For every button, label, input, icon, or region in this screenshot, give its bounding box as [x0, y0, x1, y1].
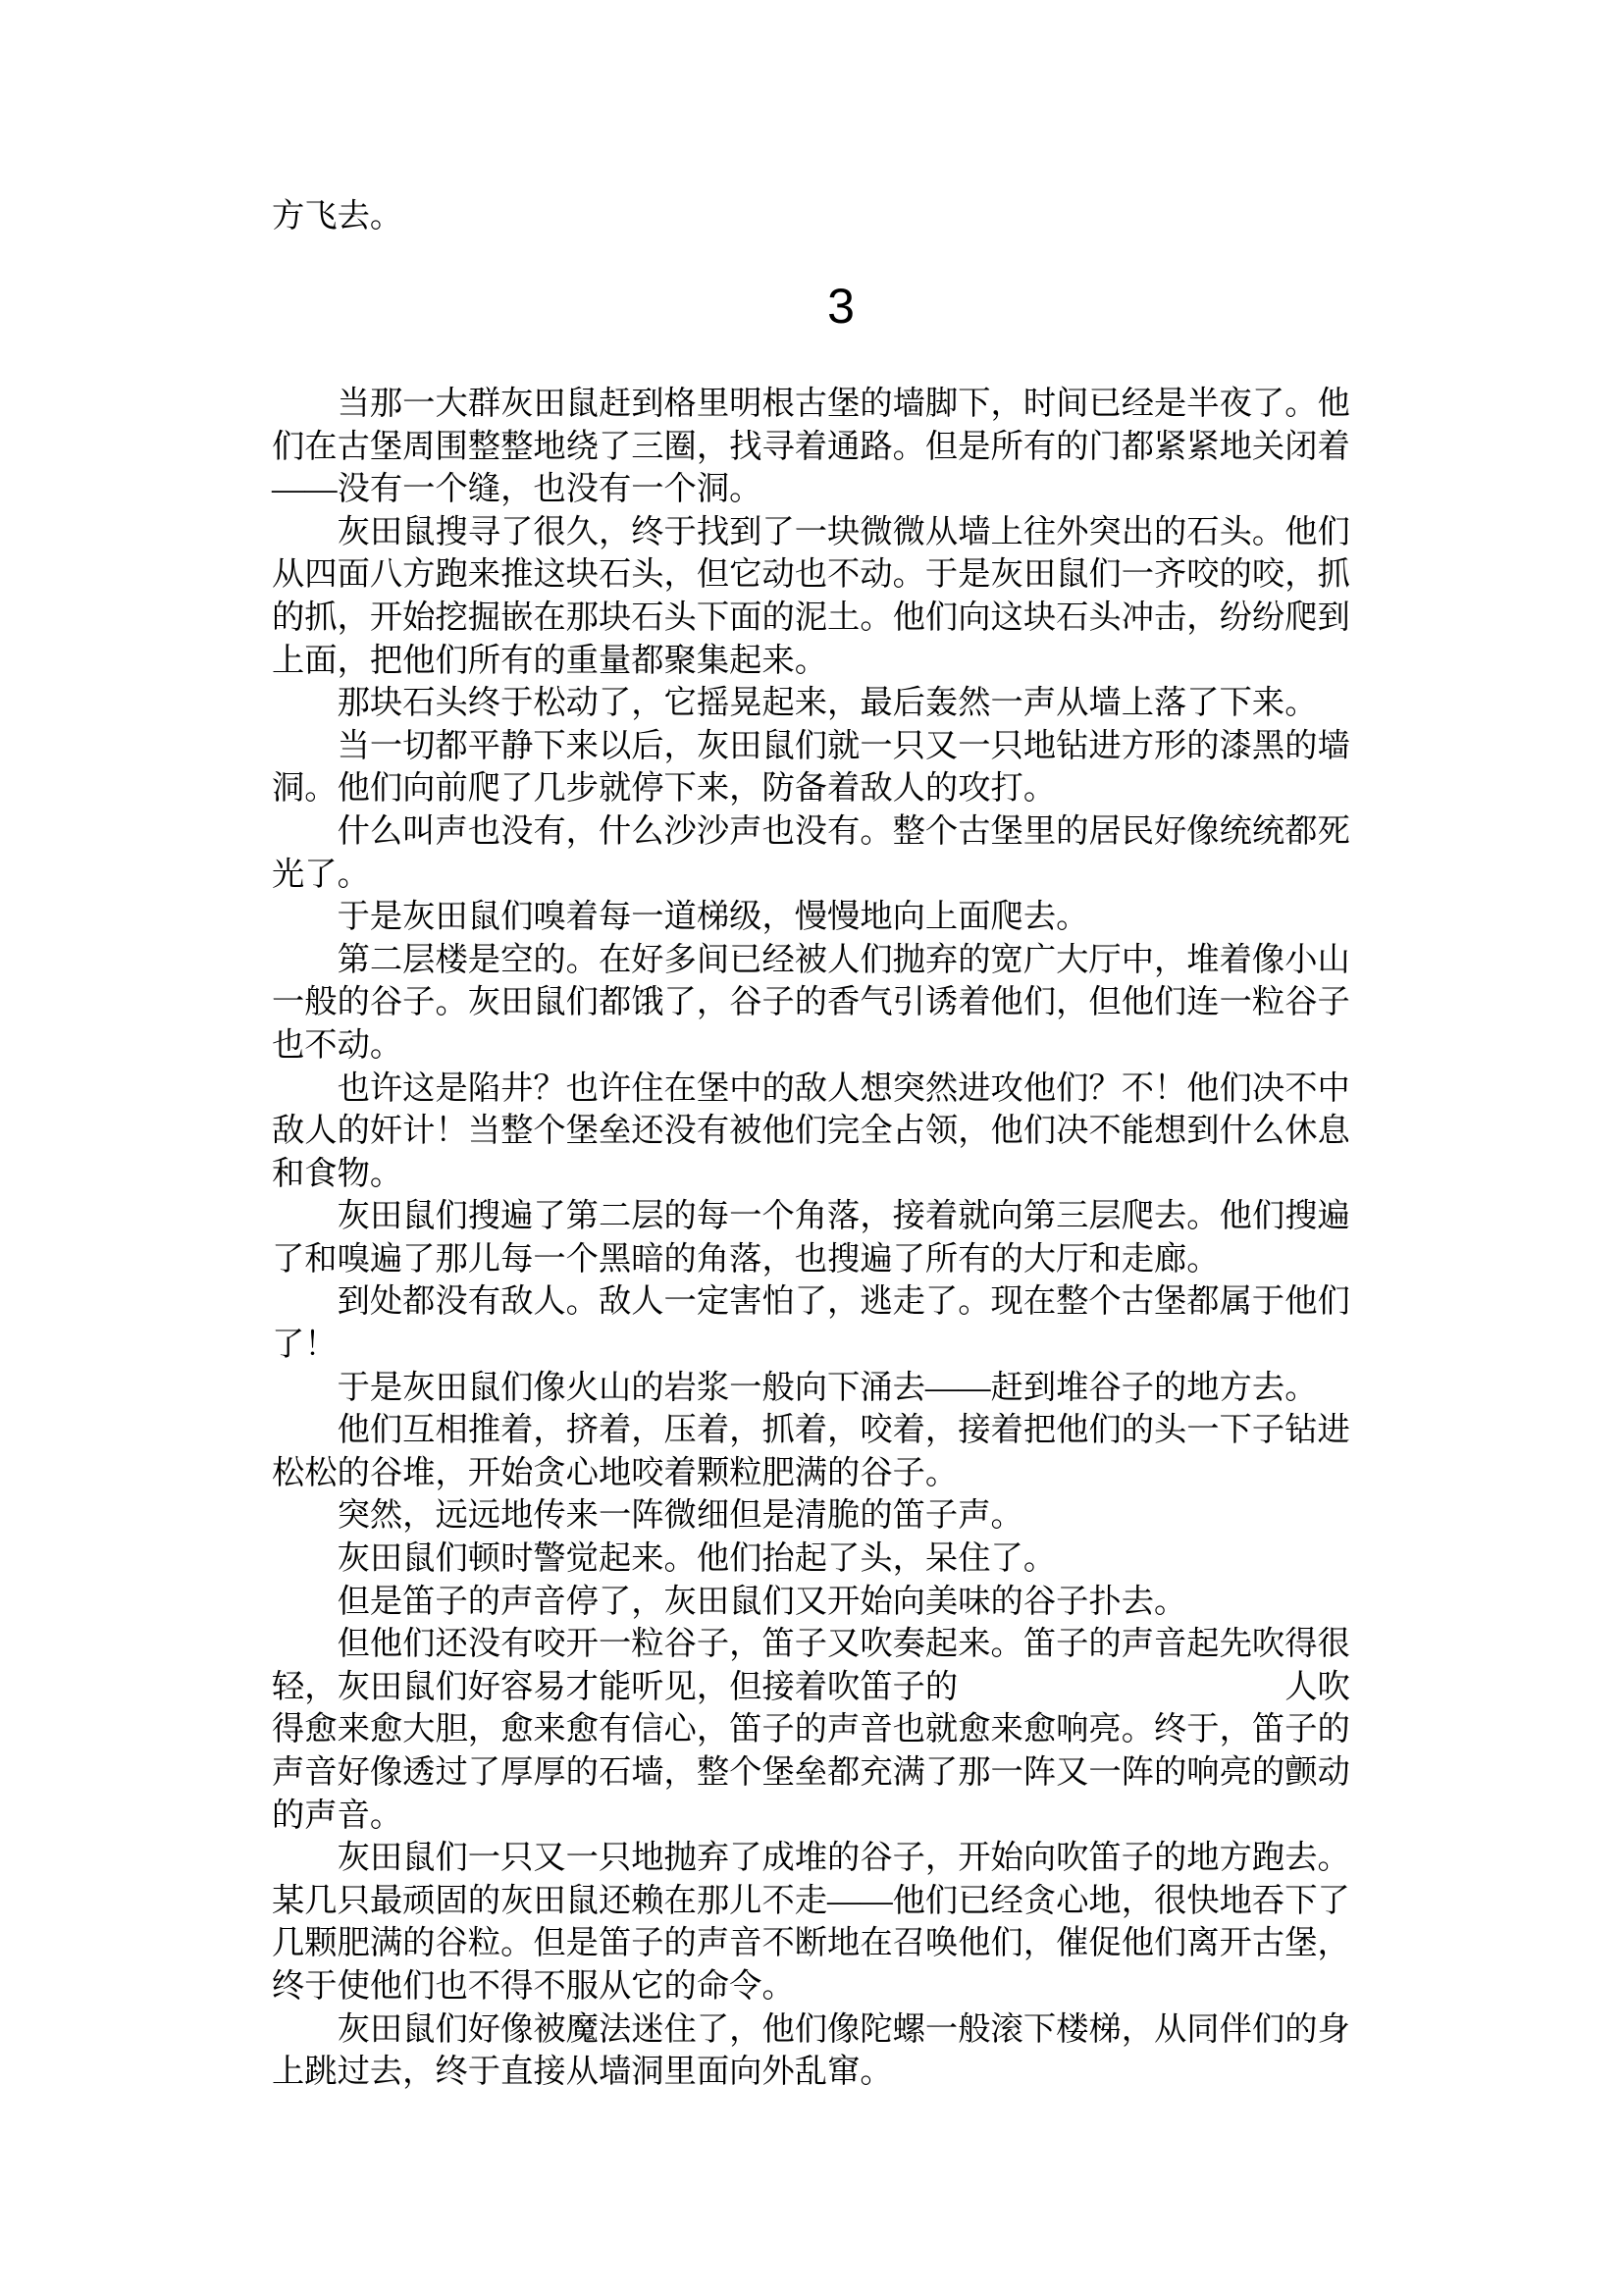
text-line: 灰田鼠们顿时警觉起来。他们抬起了头，呆住了。 [272, 1538, 1381, 1581]
text-line: 第二层楼是空的。在好多间已经被人们抛弃的宽广大厅中，堆着像小山 [272, 939, 1381, 982]
text-line: 也不动。 [272, 1024, 1381, 1068]
continuation-text: 方飞去。 [272, 195, 402, 238]
paragraph: 灰田鼠搜寻了很久，终于找到了一块微微从墙上往外突出的石头。他们从四面八方跑来推这… [272, 511, 1381, 682]
paragraph: 灰田鼠们一只又一只地抛弃了成堆的谷子，开始向吹笛子的地方跑去。某几只最顽固的灰田… [272, 1837, 1381, 2007]
text-line: 终于使他们也不得不服从它的命令。 [272, 1965, 1381, 2008]
paragraph: 到处都没有敌人。敌人一定害怕了，逃走了。现在整个古堡都属于他们了！ [272, 1280, 1381, 1366]
text-line: 光了。 [272, 854, 1381, 897]
paragraph: 也许这是陷井？也许住在堡中的敌人想突然进攻他们？不！他们决不中敌人的奸计！当整个… [272, 1068, 1381, 1196]
text-line: 一般的谷子。灰田鼠们都饿了，谷子的香气引诱着他们，但他们连一粒谷子 [272, 981, 1381, 1024]
text-line: 松松的谷堆，开始贪心地咬着颗粒肥满的谷子。 [272, 1452, 1381, 1495]
text-line: 的声音。 [272, 1795, 1381, 1838]
text-line: 上跳过去，终于直接从墙洞里面向外乱窜。 [272, 2051, 1381, 2094]
paragraph: 灰田鼠们搜遍了第二层的每一个角落，接着就向第三层爬去。他们搜遍了和嗅遍了那儿每一… [272, 1195, 1381, 1280]
paragraph: 那块石头终于松动了，它摇晃起来，最后轰然一声从墙上落了下来。 [272, 682, 1381, 725]
text-line: 他们互相推着，挤着，压着，抓着，咬着，接着把他们的头一下子钻进 [272, 1409, 1381, 1452]
text-line: 当一切都平静下来以后，灰田鼠们就一只又一只地钻进方形的漆黑的墙 [272, 725, 1381, 768]
page-background: { "page": { "background_color": "#ffffff… [0, 0, 1624, 2294]
text-line: 灰田鼠们搜遍了第二层的每一个角落，接着就向第三层爬去。他们搜遍 [272, 1195, 1381, 1238]
paragraph: 灰田鼠们好像被魔法迷住了，他们像陀螺一般滚下楼梯，从同伴们的身上跳过去，终于直接… [272, 2008, 1381, 2094]
paragraph: 于是灰田鼠们嗅着每一道梯级，慢慢地向上面爬去。 [272, 896, 1381, 939]
text-line: 得愈来愈大胆，愈来愈有信心，笛子的声音也就愈来愈响亮。终于，笛子的 [272, 1708, 1381, 1751]
text-line: 那块石头终于松动了，它摇晃起来，最后轰然一声从墙上落了下来。 [272, 682, 1381, 725]
text-line: 的抓，开始挖掘嵌在那块石头下面的泥土。他们向这块石头冲击，纷纷爬到 [272, 597, 1381, 640]
paragraph: 第二层楼是空的。在好多间已经被人们抛弃的宽广大厅中，堆着像小山一般的谷子。灰田鼠… [272, 939, 1381, 1068]
paragraph: 但他们还没有咬开一粒谷子，笛子又吹奏起来。笛子的声音起先吹得很轻，灰田鼠们好容易… [272, 1623, 1381, 1837]
text-line: 灰田鼠们好像被魔法迷住了，他们像陀螺一般滚下楼梯，从同伴们的身 [272, 2008, 1381, 2052]
text-line: 了！ [272, 1324, 1381, 1367]
text-line: 某几只最顽固的灰田鼠还赖在那儿不走——他们已经贪心地，很快地吞下了 [272, 1880, 1381, 1923]
text-line: 了和嗅遍了那儿每一个黑暗的角落，也搜遍了所有的大厅和走廊。 [272, 1238, 1381, 1281]
paragraph: 当那一大群灰田鼠赶到格里明根古堡的墙脚下，时间已经是半夜了。他们在古堡周围整整地… [272, 383, 1381, 511]
paragraph: 于是灰田鼠们像火山的岩浆一般向下涌去——赶到堆谷子的地方去。 [272, 1367, 1381, 1410]
text-line: 几颗肥满的谷粒。但是笛子的声音不断地在召唤他们，催促他们离开古堡， [272, 1922, 1381, 1965]
text-line: 灰田鼠们一只又一只地抛弃了成堆的谷子，开始向吹笛子的地方跑去。 [272, 1837, 1381, 1880]
text-line: 和食物。 [272, 1153, 1381, 1196]
text-line: 也许这是陷井？也许住在堡中的敌人想突然进攻他们？不！他们决不中 [272, 1068, 1381, 1111]
text-line: 但是笛子的声音停了，灰田鼠们又开始向美味的谷子扑去。 [272, 1581, 1381, 1624]
paragraph: 他们互相推着，挤着，压着，抓着，咬着，接着把他们的头一下子钻进松松的谷堆，开始贪… [272, 1409, 1381, 1494]
text-line: 灰田鼠搜寻了很久，终于找到了一块微微从墙上往外突出的石头。他们 [272, 511, 1381, 554]
text-line: ——没有一个缝，也没有一个洞。 [272, 468, 1381, 511]
text-line: 上面，把他们所有的重量都聚集起来。 [272, 640, 1381, 683]
paragraph: 灰田鼠们顿时警觉起来。他们抬起了头，呆住了。 [272, 1538, 1381, 1581]
document-page: 方飞去。 3 当那一大群灰田鼠赶到格里明根古堡的墙脚下，时间已经是半夜了。他们在… [0, 0, 1624, 2294]
paragraph: 但是笛子的声音停了，灰田鼠们又开始向美味的谷子扑去。 [272, 1581, 1381, 1624]
text-line: 敌人的奸计！当整个堡垒还没有被他们完全占领，他们决不能想到什么休息 [272, 1110, 1381, 1153]
text-line: 突然，远远地传来一阵微细但是清脆的笛子声。 [272, 1494, 1381, 1538]
text-line: 们在古堡周围整整地绕了三圈，找寻着通路。但是所有的门都紧紧地关闭着 [272, 426, 1381, 469]
paragraph: 当一切都平静下来以后，灰田鼠们就一只又一只地钻进方形的漆黑的墙洞。他们向前爬了几… [272, 725, 1381, 810]
text-line: 到处都没有敌人。敌人一定害怕了，逃走了。现在整个古堡都属于他们 [272, 1280, 1381, 1324]
text-line: 从四面八方跑来推这块石头，但它动也不动。于是灰田鼠们一齐咬的咬，抓 [272, 553, 1381, 597]
text-line: 声音好像透过了厚厚的石墙，整个堡垒都充满了那一阵又一阵的响亮的颤动 [272, 1751, 1381, 1795]
section-number-heading: 3 [301, 279, 1381, 334]
text-line: 但他们还没有咬开一粒谷子，笛子又吹奏起来。笛子的声音起先吹得很 [272, 1623, 1381, 1666]
text-line: 于是灰田鼠们嗅着每一道梯级，慢慢地向上面爬去。 [272, 896, 1381, 939]
text-line: 洞。他们向前爬了几步就停下来，防备着敌人的攻打。 [272, 767, 1381, 810]
text-line: 当那一大群灰田鼠赶到格里明根古堡的墙脚下，时间已经是半夜了。他 [272, 383, 1381, 426]
paragraph: 突然，远远地传来一阵微细但是清脆的笛子声。 [272, 1494, 1381, 1538]
text-line: 轻，灰田鼠们好容易才能听见，但接着吹笛子的 人吹 [272, 1666, 1381, 1709]
text-line: 于是灰田鼠们像火山的岩浆一般向下涌去——赶到堆谷子的地方去。 [272, 1367, 1381, 1410]
text-line: 什么叫声也没有，什么沙沙声也没有。整个古堡里的居民好像统统都死 [272, 810, 1381, 854]
paragraph: 什么叫声也没有，什么沙沙声也没有。整个古堡里的居民好像统统都死光了。 [272, 810, 1381, 896]
body-text: 当那一大群灰田鼠赶到格里明根古堡的墙脚下，时间已经是半夜了。他们在古堡周围整整地… [272, 383, 1381, 2094]
